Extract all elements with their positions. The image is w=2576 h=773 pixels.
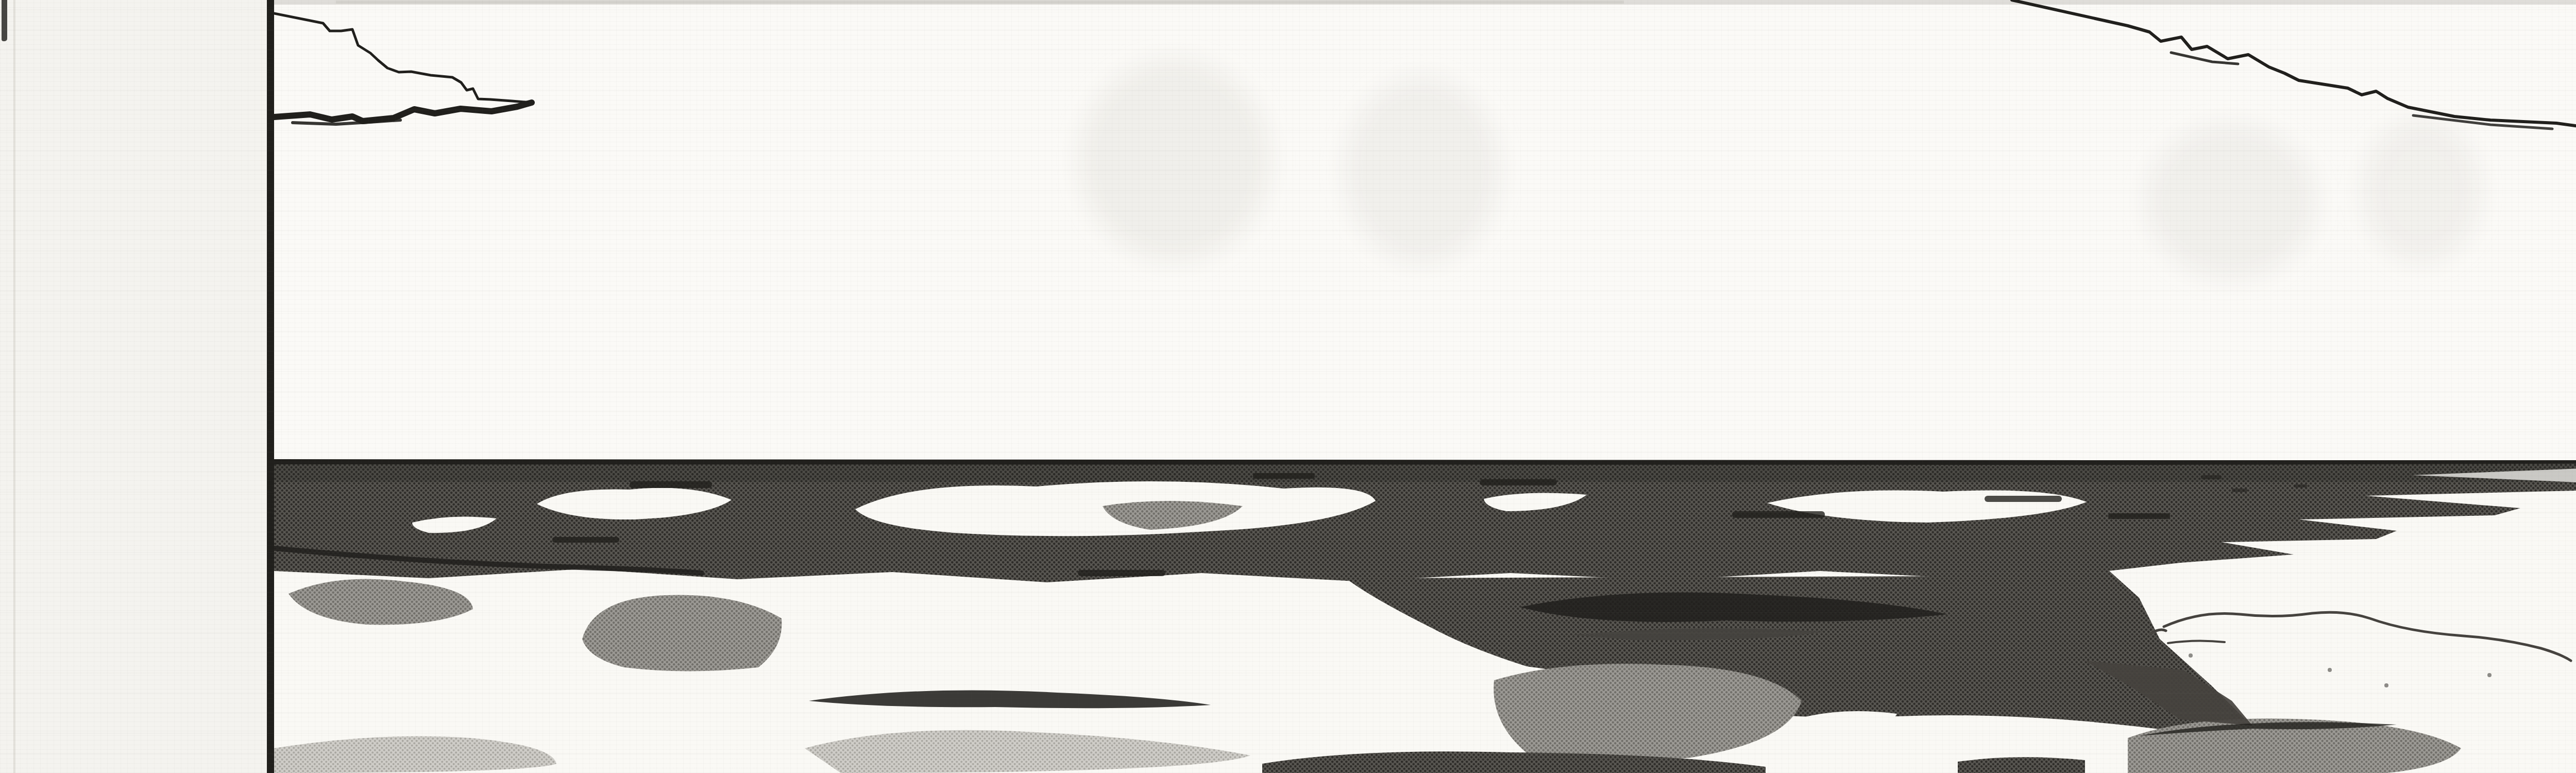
cloud-right-main-stroke: [2012, 0, 2576, 150]
sky-ghost-patches: [1079, 59, 2481, 278]
wave-crest-dash: [1078, 570, 1165, 576]
horizon-line: [274, 459, 2576, 465]
small-mark: [2232, 489, 2247, 492]
wave-grey-mass: [582, 595, 782, 671]
wave-crest-dash: [630, 481, 712, 488]
ghost-patch: [2362, 119, 2481, 263]
paper-margin-left: [0, 0, 267, 773]
wave-crest-dash: [1253, 473, 1315, 479]
page-edge-line: [13, 0, 15, 773]
small-mark: [2201, 475, 2222, 479]
bottom-dark-strip: [1958, 757, 2085, 773]
contour-dot: [2487, 673, 2492, 677]
ghost-patch: [1345, 77, 1499, 263]
wave-crest-dash: [1480, 479, 1557, 485]
comic-panel: [267, 0, 2576, 773]
cloud-outline-left: [274, 13, 532, 124]
cloud-outline-right: [2012, 0, 2576, 150]
wave-crest-dash: [552, 537, 619, 543]
contour-dot: [2189, 653, 2193, 658]
wave-crest-dash: [1732, 511, 1825, 518]
wave-crest-dash: [2108, 513, 2170, 519]
contour-dot: [2384, 683, 2388, 687]
small-mark: [2294, 484, 2307, 488]
scan-corner-mark: [2, 0, 7, 41]
ghost-patch: [1079, 59, 1270, 260]
top-edge-smear: [274, 0, 2576, 5]
contour-dot: [2328, 668, 2332, 672]
cloud-left-scribble: [293, 120, 400, 124]
wave-crest-dash: [1985, 496, 2062, 502]
panel-artwork: [274, 0, 2576, 773]
sea: [274, 459, 2576, 773]
scanned-manga-page: [0, 0, 2576, 773]
cloud-left-bottom-stroke: [274, 103, 532, 121]
smear-band: [336, 1, 1624, 4]
ghost-patch: [2146, 124, 2316, 278]
cloud-left-top-stroke: [274, 13, 532, 103]
sea-horizon-shadow: [274, 464, 2576, 482]
